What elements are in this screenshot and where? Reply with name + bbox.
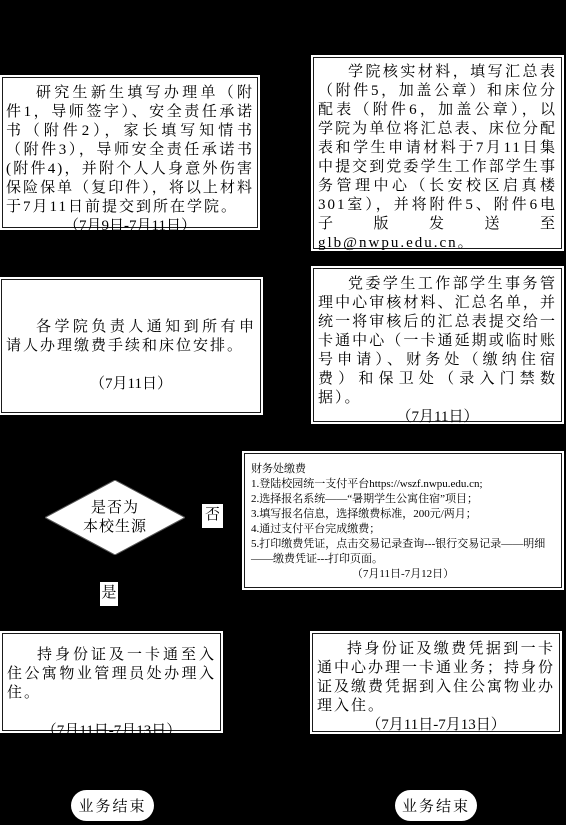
flow-box-date: （7月11日-7月13日）	[7, 722, 216, 741]
decision-question-line2: 本校生源	[83, 518, 147, 537]
flow-box-checkin-nonlocal: 持身份证及缴费凭据到一卡通中心办理一卡通业务；持身份证及缴费凭据到入住公寓物业办…	[312, 633, 560, 732]
flow-box-date: （7月11日）	[6, 375, 256, 394]
finance-step-4: 4.通过支付平台完成缴费；	[251, 522, 555, 537]
finance-step-3: 3.填写报名信息，选择缴费标准，200元/两月；	[251, 507, 555, 522]
finance-step-1: 1.登陆校园统一支付平台https://wszf.nwpu.edu.cn;	[251, 477, 555, 492]
decision-question: 是否为 本校生源	[45, 480, 185, 555]
end-terminal-right: 业务结束	[395, 790, 477, 821]
flow-box-date: （7月11日-7月12日）	[251, 567, 555, 582]
flow-box-date: （7月9日-7月11日）	[6, 217, 254, 236]
finance-step-2: 2.选择报名系统——“暑期学生公寓住宿”项目；	[251, 492, 555, 507]
finance-step-5: 5.打印缴费凭证，点击交易记录查询---银行交易记录——明细——缴费凭证---打…	[251, 537, 555, 567]
flow-box-student-affairs-review: 党委学生工作部学生事务管理中心审核材料、汇总名单，并统一将审核后的汇总表提交给一…	[313, 268, 562, 422]
branch-label-yes: 是	[100, 582, 118, 606]
flow-box-body: 党委学生工作部学生事务管理中心审核材料、汇总名单，并统一将审核后的汇总表提交给一…	[318, 275, 557, 408]
flow-box-body: 持身份证及一卡通至入住公寓物业管理员处办理入住。	[7, 646, 216, 703]
flow-box-date: （7月11日）	[318, 408, 557, 427]
flow-box-finance-payment: 财务处缴费 1.登陆校园统一支付平台https://wszf.nwpu.edu.…	[244, 453, 562, 588]
decision-question-line1: 是否为	[91, 499, 139, 518]
flowchart-canvas: 研究生新生填写办理单（附件1，导师签字）、安全责任承诺书（附件2），家长填写知情…	[0, 0, 566, 825]
branch-label-no: 否	[202, 504, 223, 528]
finance-title: 财务处缴费	[251, 462, 555, 477]
end-terminal-left: 业务结束	[71, 790, 154, 821]
flow-box-new-student-forms: 研究生新生填写办理单（附件1，导师签字）、安全责任承诺书（附件2），家长填写知情…	[2, 77, 258, 228]
decision-diamond-local-source: 是否为 本校生源	[45, 480, 185, 555]
flow-box-body: 学院核实材料，填写汇总表（附件5，加盖公章）和床位分配表（附件6，加盖公章），以…	[318, 63, 557, 253]
flow-box-college-notify: 各学院负责人通知到所有申请人办理缴费手续和床位安排。 （7月11日）	[1, 279, 261, 413]
flow-box-body: 研究生新生填写办理单（附件1，导师签字）、安全责任承诺书（附件2），家长填写知情…	[6, 84, 254, 217]
flow-box-college-verify: 学院核实材料，填写汇总表（附件5，加盖公章）和床位分配表（附件6，加盖公章），以…	[313, 57, 562, 249]
flow-box-date: （7月11日-7月13日）	[317, 716, 555, 735]
flow-box-checkin-local: 持身份证及一卡通至入住公寓物业管理员处办理入住。 （7月11日-7月13日）	[2, 633, 221, 731]
flow-box-body: 持身份证及缴费凭据到一卡通中心办理一卡通业务；持身份证及缴费凭据到入住公寓物业办…	[317, 640, 555, 716]
flow-box-body: 各学院负责人通知到所有申请人办理缴费手续和床位安排。	[6, 318, 256, 356]
